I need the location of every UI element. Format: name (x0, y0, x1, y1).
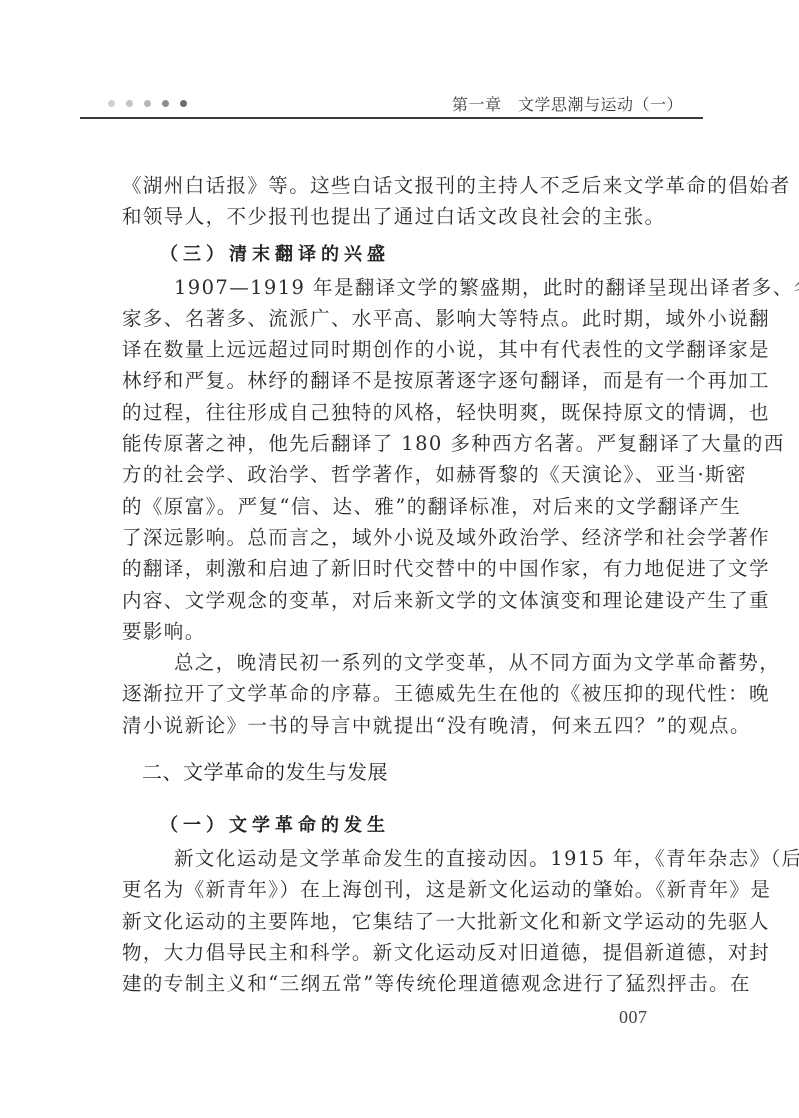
text-line: 的翻译，刺激和启迪了新旧时代交替中的中国作家，有力地促进了文学 (122, 553, 684, 584)
running-header: 第一章 文学思潮与运动（一） (80, 88, 703, 118)
paragraph-summary: 总之，晚清民初一系列的文学变革，从不同方面为文学革命蓄势， 逐渐拉开了文学革命的… (122, 647, 684, 741)
header-divider (80, 117, 703, 119)
text-line: 1907—1919 年是翻译文学的繁盛期，此时的翻译呈现出译者多、名 (122, 272, 684, 303)
text-line: 译在数量上远远超过同时期创作的小说，其中有代表性的文学翻译家是 (122, 334, 684, 365)
text-line: 内容、文学观念的变革，对后来新文学的文体演变和理论建设产生了重 (122, 585, 684, 616)
chapter-title: 第一章 文学思潮与运动（一） (452, 92, 683, 115)
text-line: 家多、名著多、流派广、水平高、影响大等特点。此时期，域外小说翻 (122, 303, 684, 334)
paragraph-continued: 《湖州白话报》等。这些白话文报刊的主持人不乏后来文学革命的倡始者 和领导人，不少… (122, 170, 684, 233)
dot-icon (180, 100, 187, 107)
text-line: 能传原著之神，他先后翻译了 180 多种西方名著。严复翻译了大量的西 (122, 428, 684, 459)
paragraph-new-culture: 新文化运动是文学革命发生的直接动因。1915 年，《青年杂志》（后 更名为《新青… (122, 843, 684, 999)
book-page: 第一章 文学思潮与运动（一） 《湖州白话报》等。这些白话文报刊的主持人不乏后来文… (0, 0, 799, 1118)
decorative-dots (108, 100, 187, 107)
dot-icon (108, 100, 115, 107)
text-line: 的过程，往往形成自己独特的风格，轻快明爽，既保持原文的情调，也 (122, 397, 684, 428)
text-line: 《湖州白话报》等。这些白话文报刊的主持人不乏后来文学革命的倡始者 (122, 170, 684, 201)
text-line: 新文化运动是文学革命发生的直接动因。1915 年，《青年杂志》（后 (122, 843, 684, 874)
dot-icon (126, 100, 133, 107)
body-text: 《湖州白话报》等。这些白话文报刊的主持人不乏后来文学革命的倡始者 和领导人，不少… (122, 170, 684, 1000)
text-line: 和领导人，不少报刊也提出了通过白话文改良社会的主张。 (122, 201, 684, 232)
text-line: 建的专制主义和“三纲五常”等传统伦理道德观念进行了猛烈抨击。在 (122, 968, 684, 999)
text-line: 清小说新论》一书的导言中就提出“没有晚清，何来五四？”的观点。 (122, 710, 684, 741)
text-line: 逐渐拉开了文学革命的序幕。王德威先生在他的《被压抑的现代性：晚 (122, 678, 684, 709)
text-line: 总之，晚清民初一系列的文学变革，从不同方面为文学革命蓄势， (122, 647, 684, 678)
text-line: 方的社会学、政治学、哲学著作，如赫胥黎的《天演论》、亚当·斯密 (122, 459, 684, 490)
text-line: 的《原富》。严复“信、达、雅”的翻译标准，对后来的文学翻译产生 (122, 491, 684, 522)
page-number: 007 (619, 1007, 648, 1028)
text-line: 物，大力倡导民主和科学。新文化运动反对旧道德，提倡新道德，对封 (122, 937, 684, 968)
text-line: 要影响。 (122, 616, 684, 647)
dot-icon (144, 100, 151, 107)
dot-icon (162, 100, 169, 107)
text-line: 更名为《新青年》）在上海创刊，这是新文化运动的肇始。《新青年》是 (122, 874, 684, 905)
text-line: 新文化运动的主要阵地，它集结了一大批新文化和新文学运动的先驱人 (122, 906, 684, 937)
subheading-translation: （三）清末翻译的兴盛 (122, 238, 684, 272)
paragraph-translation: 1907—1919 年是翻译文学的繁盛期，此时的翻译呈现出译者多、名 家多、名著… (122, 272, 684, 648)
subheading-origin: （一）文学革命的发生 (122, 809, 684, 843)
section-heading: 二、文学革命的发生与发展 (122, 755, 684, 789)
text-line: 了深远影响。总而言之，域外小说及域外政治学、经济学和社会学著作 (122, 522, 684, 553)
text-line: 林纾和严复。林纾的翻译不是按原著逐字逐句翻译，而是有一个再加工 (122, 365, 684, 396)
